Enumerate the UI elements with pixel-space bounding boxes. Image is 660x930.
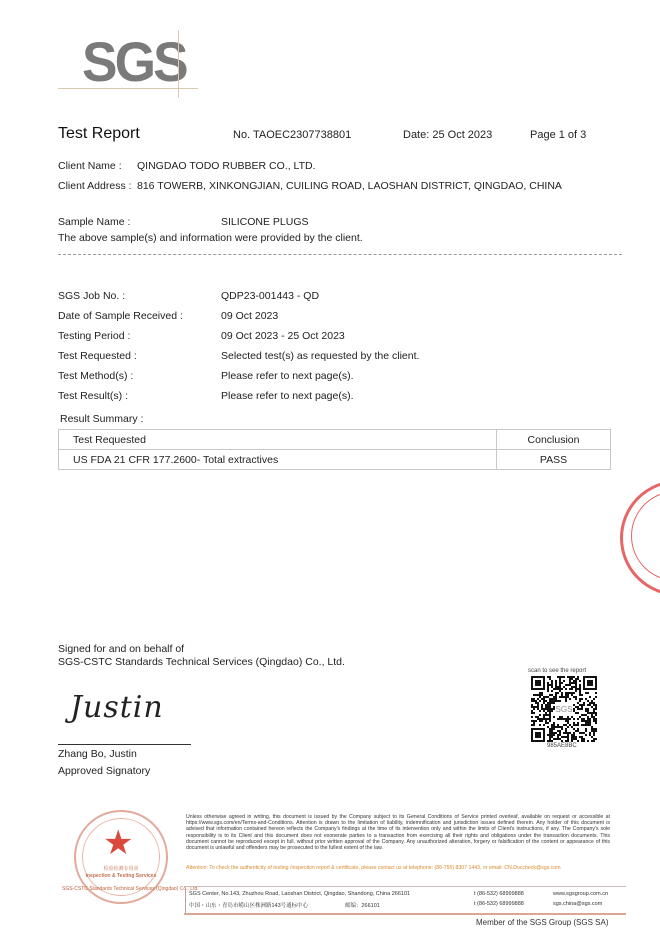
address-cn: 中国・山东・青岛市崂山区株洲路143号通标中心 <box>189 901 308 909</box>
table-header-row: Test Requested Conclusion <box>59 430 611 450</box>
authenticity-notice: Attention: To check the authenticity of … <box>186 865 610 871</box>
signed-behalf-line: Signed for and on behalf of <box>58 643 184 655</box>
test-methods-label: Test Method(s) : <box>58 370 133 382</box>
seal-cn-text: 检验检测专用章 <box>76 865 166 872</box>
seal-inner-ring <box>631 491 660 581</box>
signatory-name: Zhang Bo, Justin <box>58 748 137 760</box>
report-number: No. TAOEC2307738801 <box>233 129 351 141</box>
test-methods-value: Please refer to next page(s). <box>221 370 354 382</box>
client-name-label: Client Name : <box>58 160 122 172</box>
logo-text: SGS <box>82 32 186 92</box>
website-link[interactable]: www.sgsgroup.com.cn <box>553 891 608 897</box>
footer-bottom-rule <box>184 913 626 915</box>
report-date: Date: 25 Oct 2023 <box>403 129 492 141</box>
signatory-role: Approved Signatory <box>58 765 150 777</box>
test-requested-label: Test Requested : <box>58 350 137 362</box>
result-summary-label: Result Summary : <box>60 413 143 425</box>
email-link[interactable]: sgs.china@sgs.com <box>553 901 602 907</box>
qr-caption: scan to see the report <box>528 668 586 674</box>
sample-name: SILICONE PLUGS <box>221 216 309 228</box>
qr-code-icon[interactable]: SGS <box>531 676 597 742</box>
header-test-requested: Test Requested <box>59 430 497 450</box>
phone-2: t (86-532) 68999888 <box>474 901 524 907</box>
phone-1: t (86-532) 68999888 <box>474 891 524 897</box>
qr-code-id: 985AE8BC <box>547 743 577 749</box>
client-address: 816 TOWERB, XINKONGJIAN, CUILING ROAD, L… <box>137 180 562 192</box>
result-summary-table: Test Requested Conclusion US FDA 21 CFR … <box>58 429 611 470</box>
footer-vertical-rule <box>185 888 186 914</box>
seal-bottom-text: SGS-CSTC Standards Technical Services (Q… <box>62 886 199 892</box>
test-requested-value: Selected test(s) as requested by the cli… <box>221 350 419 362</box>
signature: Justin <box>70 690 164 725</box>
conclusion-cell: PASS <box>497 450 611 470</box>
testing-period-value: 09 Oct 2023 - 25 Oct 2023 <box>221 330 345 342</box>
logo-rule-vertical <box>178 30 179 98</box>
postcode-cn: 邮编：266101 <box>345 901 380 909</box>
footer-divider <box>184 886 626 887</box>
address-en: SGS Center, No.143, Zhuzhou Road, Laosha… <box>189 891 410 897</box>
sample-received-value: 09 Oct 2023 <box>221 310 278 322</box>
logo-rule-horizontal <box>58 88 198 89</box>
sample-received-label: Date of Sample Received : <box>58 310 183 322</box>
svg-text:SGS: SGS <box>556 705 573 714</box>
legal-disclaimer: Unless otherwise agreed in writing, this… <box>186 814 610 851</box>
client-address-label: Client Address : <box>58 180 132 192</box>
sample-note: The above sample(s) and information were… <box>58 232 363 244</box>
sample-name-label: Sample Name : <box>58 216 130 228</box>
header-conclusion: Conclusion <box>497 430 611 450</box>
star-icon: ★ <box>103 826 133 860</box>
signing-company: SGS-CSTC Standards Technical Services (Q… <box>58 656 345 668</box>
job-no-value: QDP23-001443 - QD <box>221 290 319 302</box>
test-results-value: Please refer to next page(s). <box>221 390 354 402</box>
test-name-cell: US FDA 21 CFR 177.2600- Total extractive… <box>59 450 497 470</box>
client-name: QINGDAO TODO RUBBER CO., LTD. <box>137 160 316 172</box>
job-no-label: SGS Job No. : <box>58 290 125 302</box>
table-row: US FDA 21 CFR 177.2600- Total extractive… <box>59 450 611 470</box>
page-indicator: Page 1 of 3 <box>530 129 586 141</box>
report-title: Test Report <box>58 125 140 143</box>
sgs-logo: SGS <box>58 30 198 98</box>
company-seal-right <box>620 480 660 596</box>
testing-period-label: Testing Period : <box>58 330 130 342</box>
signature-line <box>58 744 191 745</box>
test-results-label: Test Result(s) : <box>58 390 128 402</box>
section-divider <box>58 254 622 255</box>
member-note: Member of the SGS Group (SGS SA) <box>476 918 609 927</box>
seal-en-text: Inspection & Testing Services <box>76 873 166 879</box>
